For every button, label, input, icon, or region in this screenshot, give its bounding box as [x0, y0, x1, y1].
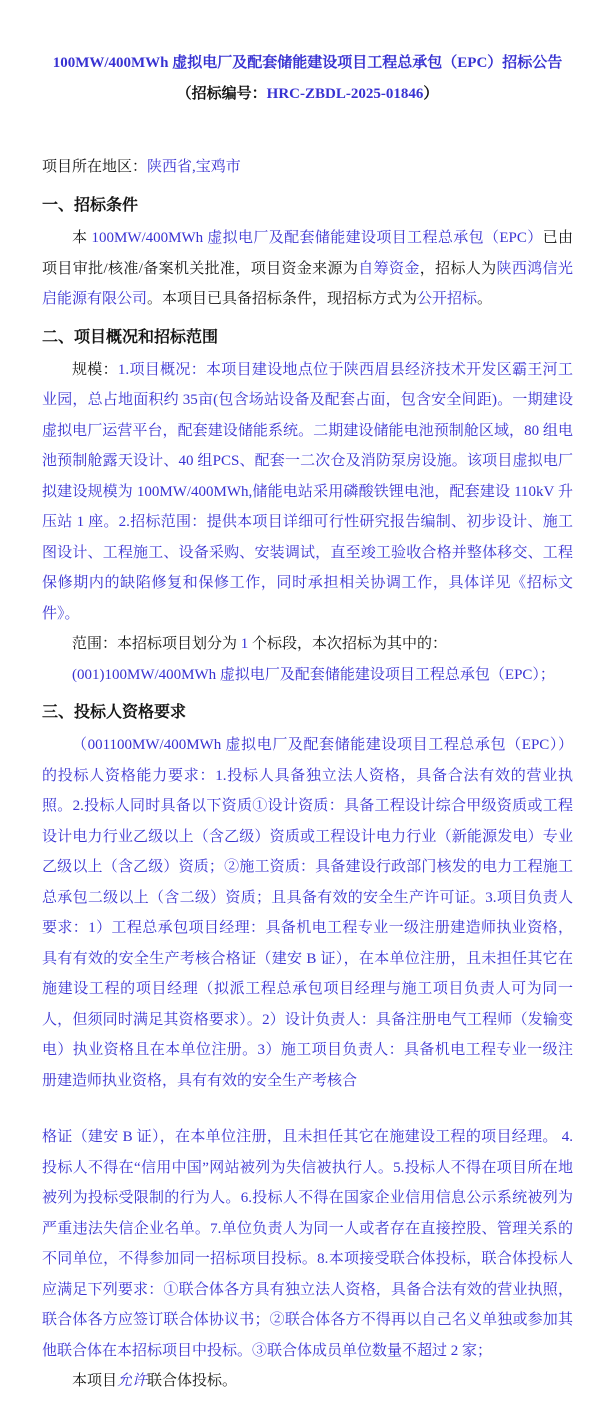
text-run: HRC-ZBDL-2025-01846	[267, 86, 424, 102]
text-run: 规模：	[72, 362, 118, 378]
text-run: 公开招标	[417, 291, 477, 307]
tender-announcement-document: 100MW/400MWh 虚拟电厂及配套储能建设项目工程总承包（EPC）招标公告…	[0, 0, 615, 1413]
tender-conditions-paragraph: 本 100MW/400MWh 虚拟电厂及配套储能建设项目工程总承包（EPC）已由…	[42, 223, 573, 315]
text-run: 允许	[117, 1373, 147, 1389]
project-scale-paragraph: 规模：1.项目概况：本项目建设地点位于陕西眉县经济技术开发区霸王河工业园，总占地…	[42, 355, 573, 630]
text-run: ）	[423, 86, 438, 102]
text-run: 范围：本招标项目划分为	[72, 636, 241, 652]
section-heading-bidder-qualifications: 三、投标人资格要求	[42, 697, 573, 728]
text-run: 联合体投标。	[147, 1373, 237, 1389]
text-run: 本	[72, 230, 92, 246]
text-run: (001)100MW/400MWh 虚拟电厂及配套储能建设项目工程总承包（EPC…	[72, 667, 555, 683]
tender-scope-paragraph: 范围：本招标项目划分为 1 个标段，本次招标为其中的：	[42, 629, 573, 660]
text-run: 项目所在地区：	[42, 159, 147, 175]
text-run: 1.项目概况：本项目建设地点位于陕西眉县经济技术开发区霸王河工业园，总占地面积约…	[42, 362, 573, 622]
text-run: 。本项目已具备招标条件，现招标方式为	[147, 291, 417, 307]
joint-venture-statement: 本项目允许联合体投标。	[42, 1366, 573, 1397]
lot-001-paragraph: (001)100MW/400MWh 虚拟电厂及配套储能建设项目工程总承包（EPC…	[42, 660, 573, 691]
text-run: 100MW/400MWh 虚拟电厂及配套储能建设项目工程总承包（EPC）	[92, 230, 543, 246]
bidder-qualifications-paragraph-part2: 格证（建安 B 证），在本单位注册，且未担任其它在施建设工程的项目经理。 4.投…	[42, 1122, 573, 1366]
section-heading-tender-conditions: 一、招标条件	[42, 190, 573, 221]
bidder-qualifications-paragraph-part1: （001100MW/400MWh 虚拟电厂及配套储能建设项目工程总承包（EPC）…	[42, 730, 573, 1096]
section-heading-project-overview: 二、项目概况和招标范围	[42, 322, 573, 353]
text-run: 本项目	[72, 1373, 117, 1389]
project-location-line: 项目所在地区：陕西省,宝鸡市	[42, 152, 573, 183]
text-run: 。	[477, 291, 492, 307]
text-run: （招标编号：	[177, 86, 267, 102]
document-title: 100MW/400MWh 虚拟电厂及配套储能建设项目工程总承包（EPC）招标公告	[42, 48, 573, 79]
text-run: 格证（建安 B 证），在本单位注册，且未担任其它在施建设工程的项目经理。 4.投…	[42, 1129, 573, 1359]
text-run: （001100MW/400MWh 虚拟电厂及配套储能建设项目工程总承包（EPC）…	[42, 737, 573, 1089]
tender-number-line: （招标编号：HRC-ZBDL-2025-01846）	[42, 79, 573, 110]
text-run: 个标段，本次招标为其中的：	[248, 636, 447, 652]
text-run: 自筹资金	[358, 261, 419, 277]
text-run: ，招标人为	[420, 261, 497, 277]
text-run: 陕西省,宝鸡市	[147, 159, 241, 175]
text-run: 100MW/400MWh 虚拟电厂及配套储能建设项目工程总承包（EPC）招标公告	[53, 55, 563, 71]
